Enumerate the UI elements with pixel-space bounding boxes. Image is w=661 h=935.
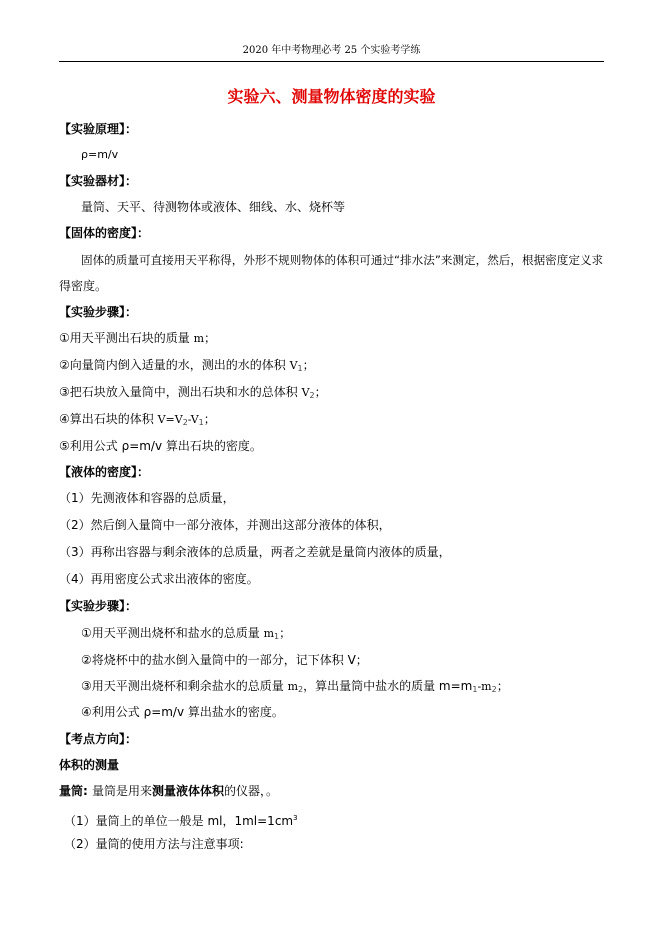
graduated-cylinder-definition: 量筒: 量筒是用来测量液体体积的仪器，。 (59, 783, 278, 799)
definition-emphasis: 测量液体体积 (152, 784, 224, 798)
volume-measurement-subheading: 体积的测量 (59, 757, 119, 773)
punctuation: ； (315, 385, 327, 399)
solid-step-2: ②向量筒内倒入适量的水，测出的水的体积 V1； (59, 357, 315, 377)
materials-text: 量筒、天平、待测物体或液体、细线、水、烧杯等 (81, 199, 345, 215)
solid-step-1: ①用天平测出石块的质量 m； (59, 330, 216, 347)
superscript: 3 (293, 814, 297, 822)
punctuation: ； (497, 679, 509, 693)
term-colon: : (83, 784, 92, 798)
liquid-density-heading: 【液体的密度】： (59, 464, 149, 480)
expression: -m (477, 680, 491, 693)
solid-density-heading: 【固体的密度】： (59, 225, 149, 241)
liquid-density-item-3: （3）再称出容器与剩余液体的总质量，两者之差就是量筒内液体的质量， (59, 544, 451, 560)
variable: m (194, 332, 204, 345)
step-text: ①用天平测出烧杯和盐水的总质量 (81, 626, 264, 640)
expression: V=V (158, 413, 183, 426)
definition-text: 的仪器，。 (224, 784, 278, 798)
punctuation: ； (303, 358, 315, 372)
definition-text: 量筒是用来 (92, 784, 152, 798)
header-text: 2020 年中考物理必考 25 个实验考学练 (59, 44, 604, 58)
expression: -V (188, 413, 199, 426)
solid-steps-heading: 【实验步骤】： (59, 304, 137, 320)
variable: V (290, 359, 298, 372)
page-title: 实验六、测量物体密度的实验 (59, 86, 604, 108)
step-text: ，算出量筒中盐水的质量 m=m (303, 679, 472, 693)
liquid-steps-heading: 【实验步骤】： (59, 598, 137, 614)
step-text: ③用天平测出烧杯和剩余盐水的总质量 (81, 679, 288, 693)
solid-density-text-line2: 得密度。 (59, 278, 107, 294)
exam-points-heading: 【考点方向】： (59, 731, 137, 747)
liquid-density-item-4: （4）再用密度公式求出液体的密度。 (59, 571, 259, 587)
punctuation: ； (279, 626, 291, 640)
step-text: ③把石块放入量筒中，测出石块和水的总体积 (59, 385, 302, 399)
variable: V (302, 386, 310, 399)
liquid-step-2: ②将烧杯中的盐水倒入量筒中的一部分，记下体积 V； (81, 652, 368, 668)
liquid-density-item-1: （1）先测液体和容器的总质量， (59, 490, 235, 506)
punctuation: ； (204, 331, 216, 345)
liquid-step-1: ①用天平测出烧杯和盐水的总质量 m1； (81, 625, 291, 645)
liquid-step-4: ④利用公式 ρ=m/v 算出盐水的密度。 (81, 704, 284, 720)
step-text: ①用天平测出石块的质量 (59, 331, 194, 345)
liquid-density-item-2: （2）然后倒入量筒中一部分液体，并测出这部分液体的体积， (59, 517, 391, 533)
item-text: （1）量筒上的单位一般是 ml，1ml=1cm (64, 814, 293, 828)
principle-heading: 【实验原理】： (59, 121, 137, 137)
step-text: ④算出石块的体积 (59, 412, 158, 426)
materials-heading: 【实验器材】： (59, 173, 137, 189)
term-label: 量筒 (59, 784, 83, 798)
solid-step-5: ⑤利用公式 ρ=m/v 算出石块的密度。 (59, 438, 262, 454)
principle-formula: ρ=m/v (81, 147, 118, 163)
step-text: ②向量筒内倒入适量的水，测出的水的体积 (59, 358, 290, 372)
liquid-step-3: ③用天平测出烧杯和剩余盐水的总质量 m2，算出量筒中盐水的质量 m=m1-m2； (81, 678, 509, 698)
variable: m (264, 627, 274, 640)
punctuation: ； (204, 412, 216, 426)
solid-density-text-line1: 固体的质量可直接用天平称得，外形不规则物体的体积可通过“排水法”来测定，然后，根… (81, 252, 603, 268)
header-divider (59, 61, 604, 62)
exam-item-2: （2）量筒的使用方法与注意事项: (64, 836, 244, 852)
solid-step-3: ③把石块放入量筒中，测出石块和水的总体积 V2； (59, 384, 327, 404)
variable: m (288, 680, 298, 693)
solid-step-4: ④算出石块的体积 V=V2-V1； (59, 411, 216, 431)
exam-item-1: （1）量筒上的单位一般是 ml，1ml=1cm3 (64, 810, 298, 829)
